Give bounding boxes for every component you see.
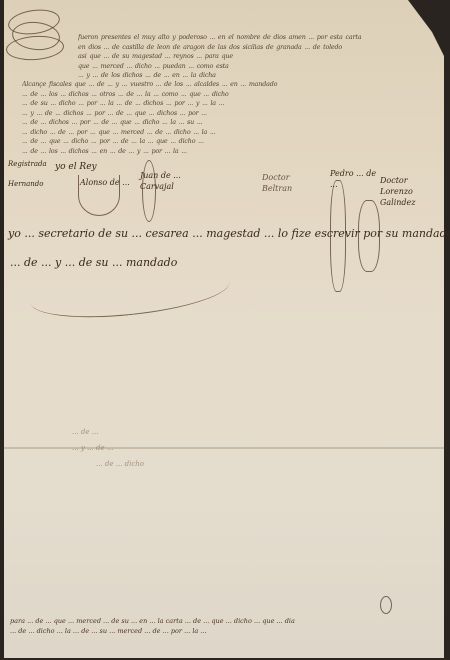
- secretary-line: yo ... secretario de su ... cesarea ... …: [8, 227, 450, 240]
- secretary-line-2: ... de ... y ... de su ... mandado: [10, 256, 177, 269]
- signature-flourish: [142, 160, 156, 222]
- text-line: ... de su ... dicho ... por ... la ... d…: [22, 99, 442, 109]
- text-line: ... de ... los ... dichos ... en ... de …: [22, 147, 442, 157]
- fold-line: [4, 447, 444, 449]
- text-line: que ... merced ... dicho ... puedan ... …: [78, 62, 428, 72]
- text-line: ... de ... los ... dichos ... otros ... …: [22, 90, 442, 100]
- signature: Doctor Lorenzo Galindez: [380, 175, 440, 208]
- text-line: ... dicho ... de ... por ... que ... mer…: [22, 128, 442, 138]
- text-line: fueron presentes el muy alto y poderoso …: [78, 33, 428, 43]
- text-line: asi que ... de su magestad ... reynos ..…: [78, 52, 428, 62]
- text-line: ... y ... de ... dichos ... por ... de .…: [22, 109, 442, 119]
- text-line: ... de ... dicho ... la ... de ... su ..…: [10, 626, 440, 636]
- text-line: ... de ... que ... dicho ... por ... de …: [22, 137, 442, 147]
- signature-flourish: [78, 175, 120, 216]
- text-line: para ... de ... que ... merced ... de su…: [10, 616, 440, 626]
- bottom-mark: [380, 596, 392, 614]
- text-line: Alcançe fiscales que ... de ... y ... vu…: [22, 80, 442, 90]
- signature: Doctor Beltran: [262, 172, 312, 194]
- faint-note: ... de ...: [72, 428, 98, 436]
- text-line: en dios ... de castilla de leon de arago…: [78, 43, 428, 53]
- signature: yo el Rey: [55, 162, 97, 172]
- faint-note: ... y ... de ...: [72, 444, 114, 452]
- margin-note: Registrada: [8, 160, 47, 168]
- text-line: ... de ... dichos ... por ... de ... que…: [22, 118, 442, 128]
- bottom-text: para ... de ... que ... merced ... de su…: [10, 616, 440, 636]
- faint-note: ... de ... dicho: [96, 460, 144, 468]
- main-text-header: fueron presentes el muy alto y poderoso …: [78, 33, 428, 83]
- main-text-body: Alcançe fiscales que ... de ... y ... vu…: [22, 80, 442, 156]
- margin-note: Hernando: [8, 180, 43, 188]
